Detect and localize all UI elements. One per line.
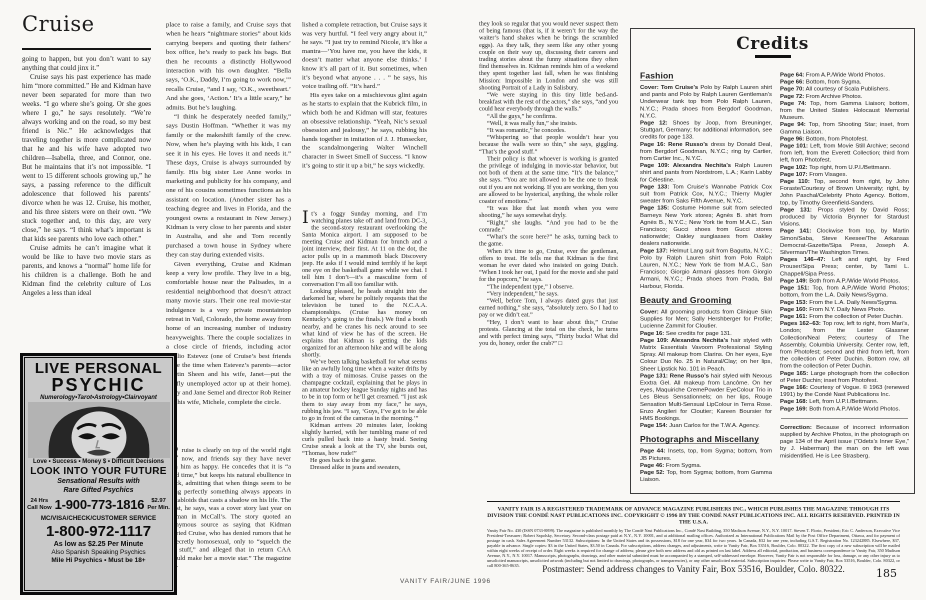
article-paragraph: “Right,” she laughs. “And you had to be … <box>479 219 618 233</box>
article-paragraph: going to happen, but you don’t want to s… <box>22 55 151 73</box>
article-paragraph: Cruise admits he can’t imagine what it w… <box>22 244 151 298</box>
psychic-ad-box: LIVE PERSONAL PSYCHIC Numerology•Tarot•A… <box>20 353 177 595</box>
article-paragraph: We’ve been talking basketball for what s… <box>302 358 427 421</box>
credits-entry: Page 149: Both from A.P./Wide World Phot… <box>780 277 909 284</box>
credits-entry-label: Page 160: <box>780 305 808 312</box>
credits-entry: Page 133: Tom Cruise’s Wannabe Patrick C… <box>640 183 772 204</box>
article-title: Cruise <box>22 12 95 36</box>
credits-item: Cover: All grooming products from Cliniq… <box>640 308 772 329</box>
credits-entry-text: From the collection of Peter Duchin. <box>809 312 903 319</box>
credits-entry: Page 12: Shoes by Joop, from Breuninger,… <box>640 119 772 140</box>
credits-entry-label: Page 102: <box>780 163 808 170</box>
credits-entry-text: Left, from U.P.I./Bettmann. <box>809 398 878 405</box>
credits-entry-text: From A.P./Wide World Photos. <box>806 71 885 78</box>
credits-entry-label: Page 72: <box>780 92 804 99</box>
credits-entry-text: Top row, left to right, from Mari’s, Lon… <box>780 320 909 370</box>
credits-entry: Page 135: Costume Homme suit from select… <box>640 204 772 247</box>
credits-entry: Page 151: Top, from A.P./Wide World Phot… <box>780 284 909 298</box>
article-paragraph: His eyes take on a mischievous glint aga… <box>302 90 427 169</box>
credits-entry-label: Page 74: <box>780 99 806 106</box>
credits-entry-text: Top right, from U.P.I./Bettmann. <box>809 163 891 170</box>
credits-entry: Page 74: Top, from Gamma Liaison; bottom… <box>780 99 909 120</box>
credits-entry-text: From N.Y. Daily News Photo. <box>809 305 885 312</box>
credits-entry-label: Page 96: <box>780 135 804 142</box>
credits-entry-label: Cover: <box>640 308 659 315</box>
credits-section-heading: Fashion <box>640 71 772 81</box>
credits-entry: Page 168: Left, from U.P.I./Bettmann. <box>780 398 909 405</box>
credits-item: Page 52: Top, from Sygma; bottom, from G… <box>640 468 772 482</box>
article-paragraph: “I think he desperately needed family,” … <box>166 112 291 259</box>
credits-entry-label: Page 168: <box>780 398 808 405</box>
ad-headline: LOOK INTO YOUR FUTURE <box>30 466 167 477</box>
article-column-3-dropcap-block: It’s a foggy Sunday morning, and I’m wat… <box>302 210 427 573</box>
credits-entry: Cover: Tom Cruise’s Polo by Ralph Lauren… <box>640 84 772 120</box>
ad-rate: As low as $2.25 Per Minute <box>54 541 143 548</box>
credits-entry-label: Page 153: <box>780 298 808 305</box>
credits-entry-label: Page 109: Alexandra Nechita’s <box>640 162 731 169</box>
trademark-line: VANITY FAIR IS A REGISTERED TRADEMARK OF… <box>487 506 900 526</box>
credits-entry-label: Page 16: Rene Russo’s <box>640 140 708 147</box>
credits-item: Page 135: Costume Homme suit from select… <box>640 204 772 247</box>
ad-subline: Sensational Results with <box>57 478 139 486</box>
ad-title: LIVE PERSONAL <box>35 361 162 376</box>
article-paragraph: Cruise is clearly on top of the world ri… <box>166 446 291 570</box>
article-paragraph: It’s a foggy Sunday morning, and I’m wat… <box>302 210 427 288</box>
credits-entry-text: hair styled with Nexxus Exxtra Gel. All … <box>640 372 772 422</box>
credits-entry-label: Page 109: Alexandra Nechita’s <box>640 336 728 343</box>
credits-entry: Page 137: Helmut Lang suit from Bagutta,… <box>640 247 772 290</box>
credits-entry-text: Bottom, from Photofest. <box>806 135 868 142</box>
article-paragraph: “It was like that last month when you we… <box>479 205 618 219</box>
article-paragraph: place to raise a family, and Cruise says… <box>166 20 291 112</box>
credits-entry: Page 102: Top right, from U.P.I./Bettman… <box>780 163 909 170</box>
credits-entry-text: From Sygma. <box>666 461 701 468</box>
article-column-4: they look so regular that you would neve… <box>479 20 618 472</box>
credits-entry-text: See credits for page 131. <box>666 329 732 336</box>
credits-entry: Page 16: See credits for page 131. <box>640 329 772 336</box>
credits-item: Fashion <box>640 71 772 81</box>
article-paragraph: “All the guys,” he confirms. <box>479 112 618 119</box>
ad-price-unit: Per Min. <box>147 505 170 512</box>
credits-entry: Page 16: Rene Russo’s dress by Donald De… <box>640 140 772 161</box>
correction-label: Correction: <box>780 423 812 430</box>
credits-entry-label: Page 16: <box>640 329 664 336</box>
credits-entry-label: Page 107: <box>780 170 808 177</box>
credits-entry: Page 110: Top, second from right, by Joh… <box>780 178 909 206</box>
credits-entry-label: Page 101: <box>780 142 808 149</box>
article-paragraph: Kidman arrives 20 minutes later, looking… <box>302 421 427 456</box>
credits-entry-label: Page 66: <box>780 78 804 85</box>
article-paragraph: He goes back to the game. <box>302 457 427 464</box>
article-paragraph: lished a complete retraction, but Cruise… <box>302 20 427 90</box>
credits-entry-label: Page 52: <box>640 468 665 475</box>
article-column-3: lished a complete retraction, but Cruise… <box>302 20 427 208</box>
credits-entry: Page 165: Large photograph from the coll… <box>780 369 909 383</box>
credits-entry: Page 46: From Sygma. <box>640 461 772 468</box>
credits-entry: Page 72: From Archive Photos. <box>780 92 909 99</box>
correction-entry: Correction: Because of incorrect informa… <box>780 423 909 459</box>
article-paragraph: Cruise says his past experience has made… <box>22 73 151 244</box>
credits-entry: Page 154: Juan Carlos for the T.W.A. Age… <box>640 422 772 429</box>
credits-entry: Page 96: Bottom, from Photofest. <box>780 135 909 142</box>
credits-entry-label: Cover: Tom Cruise’s <box>640 84 698 91</box>
credits-entry: Page 169: Both from A.P./Wide World Phot… <box>780 405 909 412</box>
credits-section-heading: Photographs and Miscellany <box>640 435 772 445</box>
credits-item: Page 109: Alexandra Nechita’s hair style… <box>640 336 772 372</box>
credits-entry: Pages 162–63: Top row, left to right, fr… <box>780 320 909 370</box>
credits-box: Credits Fashion Cover: Tom Cruise’s Polo… <box>630 28 915 494</box>
credits-entry: Page 141: Clockwise from top, by Martin … <box>780 227 909 255</box>
ad-payment-methods: MC/VISA/CHECK/CUSTOMER SERVICE <box>41 515 156 522</box>
title-rule <box>22 48 151 50</box>
ad-brand: Mile Hi Psychics • Must be 18+ <box>51 557 145 564</box>
article-paragraph: “What’s the score here?” he asks, turnin… <box>479 233 618 247</box>
credits-entry-label: Pages 146–47: <box>780 256 826 263</box>
article-paragraph: Dressed alike in jeans and sweaters, <box>302 464 427 471</box>
credits-entry: Page 52: Top, from Sygma; bottom, from G… <box>640 468 772 482</box>
credits-entry-text: From Archive Photos. <box>806 92 862 99</box>
credits-entry-label: Page 131: Rene Russo’s <box>640 372 709 379</box>
credits-item: Page 133: Tom Cruise’s Wannabe Patrick C… <box>640 183 772 204</box>
credits-item: Cover: Tom Cruise’s Polo by Ralph Lauren… <box>640 84 772 120</box>
article-paragraph: “We were staying in this tiny little bed… <box>479 91 618 112</box>
credits-entry-label: Page 154: <box>640 422 668 429</box>
drop-cap: I <box>302 210 311 225</box>
credits-entry-text: Helmut Lang suit from Bagutta, N.Y.C.; P… <box>640 247 772 290</box>
article-paragraph: “Hey, I don’t want to hear about this,” … <box>479 318 618 346</box>
credits-entry: Page 66: Bottom, from Sygma. <box>780 78 909 85</box>
article-paragraph: “Well, it was really fun,” she insists. <box>479 119 618 126</box>
credits-item: Page 12: Shoes by Joop, from Breuninger,… <box>640 119 772 140</box>
credits-entry: Page 101: Left, from Movie Still Archive… <box>780 142 909 163</box>
postmaster-line: Postmaster: Send address changes to Vani… <box>487 564 900 574</box>
credits-entry: Page 107: From Visages. <box>780 170 909 177</box>
ad-price: $2.97 Per Min. <box>147 498 170 511</box>
credits-item: Page 154: Juan Carlos for the T.W.A. Age… <box>640 422 772 429</box>
credits-entry: Cover: All grooming products from Cliniq… <box>640 308 772 329</box>
credits-item: Photographs and Miscellany <box>640 435 772 445</box>
article-paragraph: “The independent type,” I observe. <box>479 283 618 290</box>
credits-entry-text: From Visages. <box>809 170 847 177</box>
credits-entry: Page 64: From A.P./Wide World Photos. <box>780 71 909 78</box>
credits-entry: Page 70: All courtesy of Scala Publisher… <box>780 85 909 92</box>
credits-entry-text: Juan Carlos for the T.W.A. Agency. <box>669 422 760 429</box>
credits-entry-label: Page 149: <box>780 277 808 284</box>
fine-print: Vanity Fair No. 430 (ISSN 0733-8899). Th… <box>487 528 900 568</box>
article-paragraph: When it’s time to go, Cruise, ever the g… <box>479 247 618 283</box>
credits-entry-label: Page 44: <box>640 447 665 454</box>
article-paragraph: “It was romantic,” he concedes. <box>479 127 618 134</box>
article-paragraph-text: ruise is clearly on top of the world rig… <box>166 446 291 570</box>
credits-column-2: Page 64: From A.P./Wide World Photos.Pag… <box>780 71 909 489</box>
ad-spanish-note: Also Spanish Speaking Psychics <box>51 549 145 556</box>
credits-entry: Page 109: Alexandra Nechita’s Ralph Laur… <box>640 162 772 183</box>
folio: VANITY FAIR/JUNE 1996 <box>400 578 491 585</box>
credits-entry: Page 109: Alexandra Nechita’s hair style… <box>640 336 772 372</box>
credits-entry: Page 160: From N.Y. Daily News Photo. <box>780 305 909 312</box>
credits-entry-label: Page 169: <box>780 405 808 412</box>
credits-entry: Page 131: Props styled by David Ross; pr… <box>780 206 909 227</box>
article-paragraph-text: t’s a foggy Sunday morning, and I’m watc… <box>302 210 427 287</box>
article-column-2-dropcap-block: Cruise is clearly on top of the world ri… <box>166 446 291 573</box>
credits-section-heading: Beauty and Grooming <box>640 295 772 305</box>
article-paragraph: “Very independent,” he says. <box>479 290 618 297</box>
credits-entry-label: Page 110: <box>780 178 810 185</box>
credits-item: Page 16: See credits for page 131. <box>640 329 772 336</box>
ad-call-now-label: Call Now <box>27 505 51 512</box>
credits-item: Page 46: From Sygma. <box>640 461 772 468</box>
legal-block: VANITY FAIR IS A REGISTERED TRADEMARK OF… <box>487 501 900 579</box>
ad-phone-row: 24 Hrs Call Now 1-900-773-1816 $2.97 Per… <box>27 497 170 512</box>
credits-entry-label: Page 64: <box>780 71 804 78</box>
credits-entry-label: Page 161: <box>780 312 808 319</box>
credits-entry: Page 131: Rene Russo’s hair styled with … <box>640 372 772 422</box>
psychic-face-graphic <box>28 402 170 458</box>
ad-services: Numerology•Tarot•Astrology•Clairvoyant <box>40 395 157 401</box>
credits-entry-text: All courtesy of Scala Publishers. <box>806 85 890 92</box>
article-paragraph: Their policy is that whoever is working … <box>479 155 618 205</box>
article-column-2: place to raise a family, and Cruise says… <box>166 20 291 444</box>
correction-divider <box>781 418 908 419</box>
magazine-page: Cruise going to happen, but you don’t wa… <box>0 0 926 600</box>
ad-title: PSYCHIC <box>51 377 145 394</box>
credits-column-1: Fashion Cover: Tom Cruise’s Polo by Ralp… <box>640 71 772 489</box>
credits-entry: Page 161: From the collection of Peter D… <box>780 312 909 319</box>
credits-entry-label: Page 165: <box>780 369 808 376</box>
ad-phone-number-800: 1-800-972-1117 <box>46 523 151 540</box>
credits-item: Page 44: Insets, top, from Sygma; bottom… <box>640 447 772 461</box>
credits-entry-text: From the L.A. Daily News/Sygma. <box>809 298 898 305</box>
credits-entry-label: Page 70: <box>780 85 804 92</box>
credits-entry-label: Page 12: <box>640 119 668 126</box>
credits-entry-text: Bottom, from Sygma. <box>806 78 861 85</box>
article-paragraph: they look so regular that you would neve… <box>479 20 618 91</box>
ad-hours-label: 24 Hrs <box>27 498 51 505</box>
article-paragraph: Given everything, Cruise and Kidman keep… <box>166 259 291 406</box>
credits-title: Credits <box>631 34 914 54</box>
article-column-1: going to happen, but you don’t want to s… <box>22 55 151 352</box>
credits-entry-label: Page 133: <box>640 183 669 190</box>
ad-subline: Rare Gifted Psychics <box>63 487 133 495</box>
credits-entry-label: Page 94: <box>780 121 806 128</box>
credits-entry: Page 153: From the L.A. Daily News/Sygma… <box>780 298 909 305</box>
credits-entry: Page 166: Courtesy of Vogue. © 1963 (ren… <box>780 383 909 397</box>
ad-benefits: Love • Success • Money $ • Difficult Dec… <box>33 459 164 465</box>
credits-entry-label: Page 46: <box>640 461 664 468</box>
credits-item: Page 16: Rene Russo’s dress by Donald De… <box>640 140 772 161</box>
article-paragraph: “Whispering so that people wouldn’t hear… <box>479 134 618 155</box>
credits-entry-label: Page 137: <box>640 247 668 254</box>
credits-entry-text: Costume Homme suit from selected Barneys… <box>640 204 772 247</box>
credits-entry-text: Both from A.P./Wide World Photos. <box>809 405 900 412</box>
credits-entry: Pages 146–47: Left and right, by Fred Pr… <box>780 256 909 277</box>
credits-item: Page 131: Rene Russo’s hair styled with … <box>640 372 772 422</box>
ad-hours: 24 Hrs Call Now <box>27 498 51 511</box>
article-paragraph: “Well, before Tom, I always dated guys t… <box>479 297 618 318</box>
credits-entry-text: All grooming products from Clinique Skin… <box>640 308 772 329</box>
page-number: 185 <box>876 567 897 580</box>
credits-item: Page 109: Alexandra Nechita’s Ralph Laur… <box>640 162 772 183</box>
credits-item: Beauty and Grooming <box>640 295 772 305</box>
credits-entry: Page 94: Top, from Shooting Star; inset,… <box>780 121 909 135</box>
credits-entry-text: Both from A.P./Wide World Photos. <box>809 277 900 284</box>
credits-title-underline <box>755 55 791 58</box>
credits-entry-label: Page 135: <box>640 204 669 211</box>
credits-entry-label: Page 151: <box>780 284 809 291</box>
credits-entry-label: Page 141: <box>780 227 811 234</box>
credits-entry-label: Page 131: <box>780 206 812 213</box>
credits-entry-label: Page 166: <box>780 383 808 390</box>
credits-item: Page 137: Helmut Lang suit from Bagutta,… <box>640 247 772 290</box>
credits-entry-label: Pages 162–63: <box>780 320 821 327</box>
ad-phone-number-900: 1-900-773-1816 <box>55 497 145 512</box>
article-paragraph: Looking pleased, he heads straight into … <box>302 288 427 358</box>
credits-entry: Page 44: Insets, top, from Sygma; bottom… <box>640 447 772 461</box>
